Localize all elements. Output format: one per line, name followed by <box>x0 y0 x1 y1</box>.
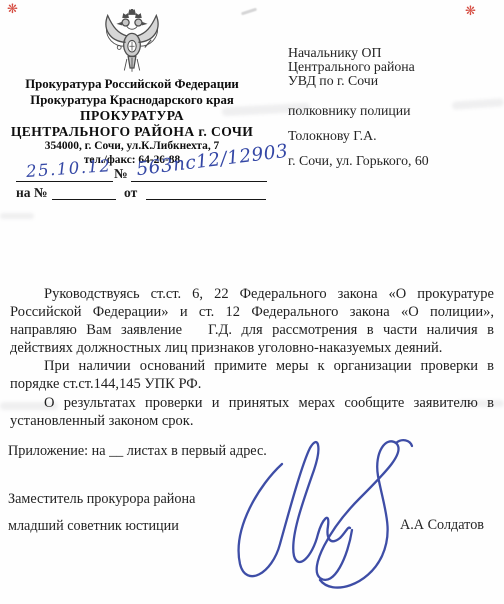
recipient-line1: Начальнику ОП <box>288 46 488 60</box>
body-paragraph-1: Руководствуясь ст.ст. 6, 22 Федерального… <box>10 285 494 357</box>
letterhead-org-line3: ПРОКУРАТУРА <box>6 109 258 124</box>
recipient-address: г. Сочи, ул. Горького, 60 <box>288 154 488 168</box>
letterhead-org-line2: Прокуратура Краснодарского края <box>6 93 258 109</box>
letter-body: Руководствуясь ст.ст. 6, 22 Федерального… <box>10 285 494 430</box>
signer-position-line1: Заместитель прокурора района <box>8 491 195 508</box>
signer-position-block: Заместитель прокурора района младший сов… <box>8 491 195 535</box>
recipient-block: Начальнику ОП Центрального района УВД по… <box>288 46 488 168</box>
recipient-line3: УВД по г. Сочи <box>288 74 488 88</box>
ref-ot-underline <box>146 183 266 200</box>
letterhead-org-line1: Прокуратура Российской Федерации <box>6 77 258 93</box>
red-asterisk-mark-icon: ❋ <box>7 2 18 15</box>
ref-na-underline <box>52 183 116 200</box>
letterhead-org-line4: ЦЕНТРАЛЬНОГО РАЙОНА г. СОЧИ <box>6 125 258 140</box>
ref-na-label: на № <box>16 185 47 201</box>
recipient-rank: полковнику полиции <box>288 104 488 118</box>
scan-smudge <box>241 8 257 16</box>
body-paragraph-3: О результатах проверки и принятых мерах … <box>10 394 494 430</box>
coat-of-arms-icon <box>100 9 164 77</box>
recipient-name: Толокнову Г.А. <box>288 129 488 143</box>
red-asterisk-mark-icon: ❋ <box>465 4 476 17</box>
scan-smudge <box>0 213 34 219</box>
recipient-line2: Центрального района <box>288 60 488 74</box>
ref-ot-label: от <box>124 185 137 201</box>
signer-position-line2: младший советник юстиции <box>8 518 195 535</box>
number-sign-label: № <box>114 166 128 182</box>
signer-name: А.А Солдатов <box>400 517 484 534</box>
body-paragraph-2: При наличии оснований примите меры к орг… <box>10 357 494 393</box>
scanned-letter-page: ❋ ❋ <box>0 0 504 604</box>
